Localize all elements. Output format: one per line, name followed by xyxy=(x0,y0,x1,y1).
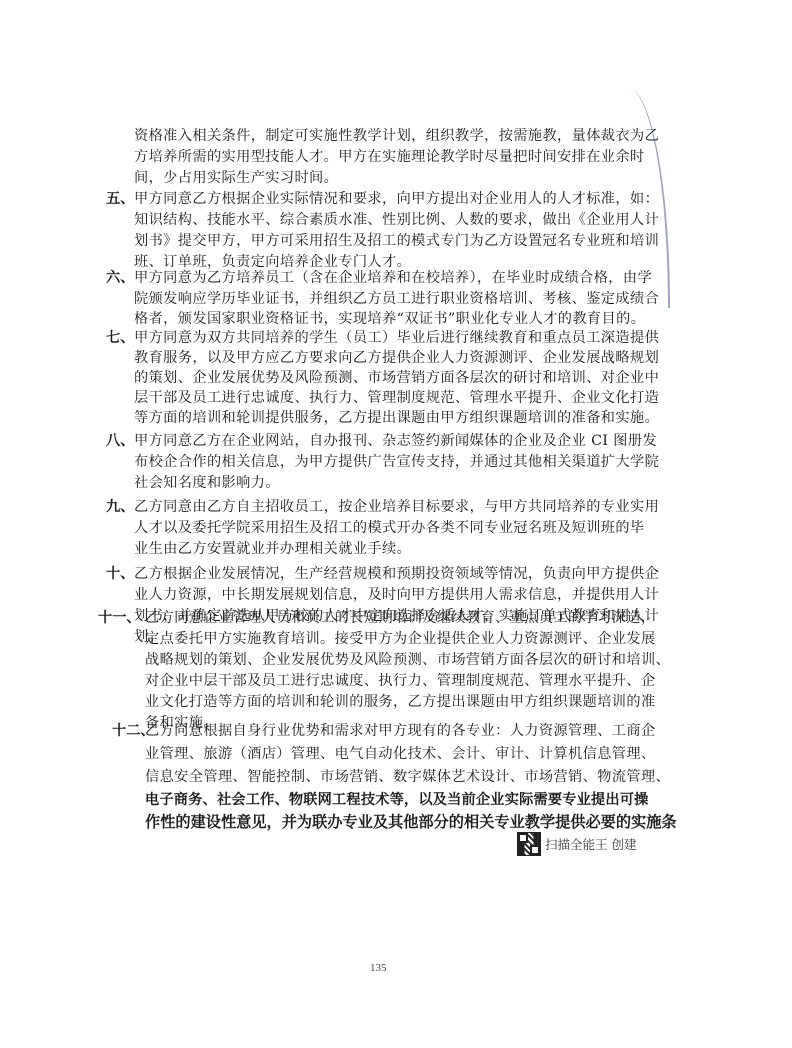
clause-5-line-2: 知识结构、技能水平、综合素质水准、性别比例、人数的要求，做出《企业用人计 xyxy=(134,210,659,230)
clause-8-line-1: 甲方同意乙方在企业网站，自办报刊、杂志签约新闻媒体的企业及企业 CI 图册发 xyxy=(134,431,657,451)
qr-code-icon xyxy=(517,832,541,856)
clause-12-line-4: 电子商务、社会工作、物联网工程技术等，以及当前企业实际需要专业提出可操 xyxy=(145,790,649,810)
clause-9-line-2: 人才以及委托学院采用招生及招工的模式开办各类不同专业冠名班及短训班的毕 xyxy=(134,518,645,538)
clause-9-line-3: 业生由乙方安置就业并办理相关就业手续。 xyxy=(134,539,411,559)
scanner-watermark: 扫描全能王 创建 xyxy=(517,832,636,856)
clause-number-7: 七、 xyxy=(106,328,134,348)
clause-11-line-2: 定点委托甲方实施教育培训。接受甲方为企业提供企业人力资源测评、企业发展 xyxy=(145,629,656,649)
clause-number-5: 五、 xyxy=(106,189,134,209)
clause-12-line-3: 信息安全管理、智能控制、市场营销、数字媒体艺术设计、市场营销、物流管理、 xyxy=(145,767,670,787)
paragraph-continuation-line-2: 方培养所需的实用型技能人才。甲方在实施理论教学时尽量把时间安排在业余时 xyxy=(134,147,645,167)
clause-12-line-2: 业管理、旅游（酒店）管理、电气自动化技术、会计、审计、计算机信息管理、 xyxy=(145,744,656,764)
clause-12-line-5: 作性的建设性意见，并为联办专业及其他部分的相关专业教学提供必要的实施条 xyxy=(145,812,677,832)
clause-10-line-1: 乙方根据企业发展情况，生产经营规模和预期投资领域等情况，负责向甲方提供企 xyxy=(134,564,659,584)
clause-6-line-2: 院颁发响应学历毕业证书，并组织乙方员工进行职业资格培训、考核、鉴定成绩合 xyxy=(134,289,659,309)
paragraph-continuation-line-3: 间，少占用实际生产实习时间。 xyxy=(134,168,338,188)
clause-12-line-1: 乙方同意根据自身行业优势和需求对甲方现有的各专业：人力资源管理、工商企 xyxy=(145,721,656,741)
clause-7-line-3: 的策划、企业发展优势及风险预测、市场营销方面各层次的研讨和培训、对企业中 xyxy=(134,368,659,388)
clause-11-line-3: 战略规划的策划、企业发展优势及风险预测、市场营销方面各层次的研讨和培训、 xyxy=(145,650,670,670)
page-number: 135 xyxy=(370,962,387,974)
clause-number-8: 八、 xyxy=(106,431,134,451)
clause-11-line-5: 业文化打造等方面的培训和轮训的服务，乙方提出课题由甲方组织课题培训的准 xyxy=(145,692,656,712)
clause-6-line-3: 格者，颁发国家职业资格证书，实现培养“双证书”职业化专业人才的教育目的。 xyxy=(134,309,645,329)
watermark-text: 扫描全能王 创建 xyxy=(545,835,636,853)
clause-9-line-1: 乙方同意由乙方自主招收员工，按企业培养目标要求，与甲方共同培养的专业实用 xyxy=(134,497,659,517)
clause-8-line-3: 社会知名度和影响力。 xyxy=(134,473,280,493)
clause-number-10: 十、 xyxy=(106,564,134,584)
clause-5-line-1: 甲方同意乙方根据企业实际情况和要求，向甲方提出对企业用人的人才标准，如： xyxy=(134,189,659,209)
clause-7-line-2: 教育服务，以及甲方应乙方要求向乙方提供企业人力资源测评、企业发展战略规划 xyxy=(134,348,659,368)
clause-11-line-4: 对企业中层干部及员工进行忠诚度、执行力、管理制度规范、管理水平提升、企 xyxy=(145,671,656,691)
clause-number-11: 十一、 xyxy=(98,608,141,628)
clause-10-line-2: 业人力资源，中长期发展规划信息，及时向甲方提供用人需求信息，并提供用人计 xyxy=(134,585,659,605)
clause-11-line-1: 乙方同意企业管理人员和员工的长短期培训及继续教育、重点员工的学习深造， xyxy=(145,608,656,628)
paragraph-continuation-line-1: 资格准入相关条件，制定可实施性教学计划，组织教学，按需施教，量体裁衣为乙 xyxy=(134,126,659,146)
clause-7-line-5: 等方面的培训和轮训提供服务，乙方提出课题由甲方组织课题培训的准备和实施。 xyxy=(134,408,659,428)
clause-7-line-1: 甲方同意为双方共同培养的学生（员工）毕业后进行继续教育和重点员工深造提供 xyxy=(134,328,659,348)
clause-5-line-3: 划书》提交甲方，甲方可采用招生及招工的模式专门为乙方设置冠名专业班和培训 xyxy=(134,231,659,251)
clause-7-line-4: 层干部及员工进行忠诚度、执行力、管理制度规范、管理水平提升、企业文化打造 xyxy=(134,388,659,408)
clause-6-line-1: 甲方同意为乙方培养员工（含在企业培养和在校培养），在毕业时成绩合格，由学 xyxy=(134,268,652,288)
clause-number-9: 九、 xyxy=(106,497,134,517)
clause-number-6: 六、 xyxy=(106,268,134,288)
clause-8-line-2: 布校企合作的相关信息，为甲方提供广告宣传支持，并通过其他相关渠道扩大学院 xyxy=(134,452,659,472)
